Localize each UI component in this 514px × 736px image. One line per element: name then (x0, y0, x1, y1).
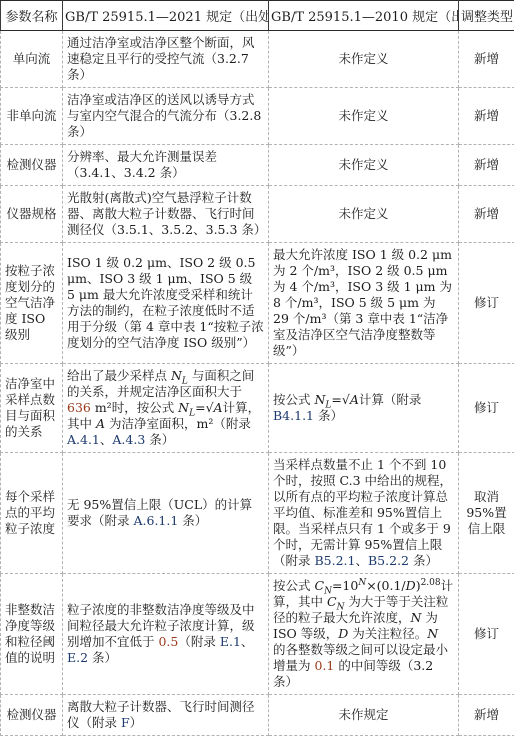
text-segment: 未作定义 (338, 157, 388, 172)
column-header-param: 参数名称 (1, 1, 63, 31)
table-row: 每个采样点的平均粒子浓度无 95%置信上限（UCL）的计算要求（附录 A.6.1… (1, 453, 514, 574)
rule-2010-cell: 未作定义 (269, 186, 459, 243)
text-segment: 条） (145, 432, 174, 447)
table-row: 仪器规格光散射(离散式)空气悬浮粒子计数器、离散大粒子计数器、飞行时间测径仪（3… (1, 186, 514, 243)
text-segment: ） (130, 715, 143, 730)
text-segment: 按公式 (273, 578, 314, 593)
text-segment: 636 (67, 400, 91, 415)
text-segment: N (178, 400, 189, 415)
text-segment: E.2 (67, 650, 88, 665)
rule-2010-cell: 未作规定 (269, 695, 459, 736)
table-row: 按粒子浓度划分的空气洁净度 ISO 级别ISO 1 级 0.2 μm、ISO 2… (1, 243, 514, 364)
adjustment-cell: 取消 95%置信上限 (459, 453, 514, 574)
rule-2010-cell: 未作定义 (269, 31, 459, 88)
text-segment: 、 (241, 634, 254, 649)
table-row: 检测仪器离散大粒子计数器、飞行时间测径仪（附录 F）未作规定新增 (1, 695, 514, 736)
table-row: 单向流通过洁净室或洁净区整个断面，风速稳定且平行的受控气流（3.2.7 条）未作… (1, 31, 514, 88)
text-segment: 分辨率、最大允许测量误差（3.4.1、3.4.2 条） (67, 149, 217, 180)
param-cell: 按粒子浓度划分的空气洁净度 ISO 级别 (1, 243, 63, 364)
param-cell: 非单向流 (1, 88, 63, 145)
text-segment: N (427, 626, 438, 641)
rule-2021-cell: 无 95%置信上限（UCL）的计算要求（附录 A.6.1.1 条） (63, 453, 269, 574)
text-segment: =√ (195, 400, 213, 415)
text-segment: A (350, 392, 359, 407)
rule-2010-cell: 当采样点数量不止 1 个不到 10 个时，按照 C.3 中给出的规程，以所有点的… (269, 453, 459, 574)
text-segment: F (121, 715, 130, 730)
text-segment: 为关注粒径。 (348, 626, 427, 641)
document-page: 参数名称GB/T 25915.1—2021 规定（出处）GB/T 25915.1… (0, 0, 514, 736)
text-segment: 未作定义 (338, 206, 388, 221)
text-segment: A (214, 400, 223, 415)
text-segment: 计算（附录 (359, 392, 422, 407)
comparison-table: 参数名称GB/T 25915.1—2021 规定（出处）GB/T 25915.1… (0, 0, 514, 736)
text-segment: C (327, 594, 337, 609)
text-segment: 通过洁净室或洁净区整个断面，风速稳定且平行的受控气流（3.2.7 条） (67, 35, 255, 82)
text-segment: 光散射(离散式)空气悬浮粒子计数器、离散大粒子计数器、飞行时间测径仪（3.5.1… (67, 190, 266, 237)
header-row: 参数名称GB/T 25915.1—2021 规定（出处）GB/T 25915.1… (1, 1, 514, 31)
text-segment: 当采样点数量不止 1 个不到 10 个时，按照 C.3 中给出的规程，以所有点的… (273, 457, 452, 568)
rule-2021-cell: 洁净室或洁净区的送风以诱导方式与室内空气混合的气流分布（3.2.8 条） (63, 88, 269, 145)
text-segment: ISO 1 级 0.2 μm、ISO 2 级 0.5 μm、ISO 3 级 1 … (67, 255, 264, 350)
text-segment: 0.5 (158, 634, 178, 649)
text-segment: A (96, 416, 105, 431)
param-cell: 洁净室中采样点数目与面积的关系 (1, 364, 63, 453)
rule-2010-cell: 未作定义 (269, 145, 459, 186)
text-segment: 未作定义 (338, 108, 388, 123)
rule-2021-cell: 分辨率、最大允许测量误差（3.4.1、3.4.2 条） (63, 145, 269, 186)
text-segment: =√ (331, 392, 349, 407)
table-row: 检测仪器分辨率、最大允许测量误差（3.4.1、3.4.2 条）未作定义新增 (1, 145, 514, 186)
adjustment-cell: 新增 (459, 88, 514, 145)
text-segment: B5.2.2 (368, 553, 409, 568)
param-cell: 每个采样点的平均粒子浓度 (1, 453, 63, 574)
text-segment: 条） (178, 513, 207, 528)
text-segment: C (314, 578, 324, 593)
text-segment: 条） (409, 553, 438, 568)
text-segment: 最大允许浓度 ISO 1 级 0.2 μm 为 2 个/m³，ISO 2 级 0… (273, 247, 452, 358)
adjustment-cell: 修订 (459, 364, 514, 453)
text-segment: E.1 (220, 634, 241, 649)
text-segment: D (338, 626, 348, 641)
text-segment: 未作定义 (338, 51, 388, 66)
table-header: 参数名称GB/T 25915.1—2021 规定（出处）GB/T 25915.1… (1, 1, 514, 31)
rule-2010-cell: 未作定义 (269, 88, 459, 145)
rule-2021-cell: 给出了最少采样点 NL 与面积之间的关系，并规定洁净区面积大于 636 m²时，… (63, 364, 269, 453)
rule-2021-cell: 通过洁净室或洁净区整个断面，风速稳定且平行的受控气流（3.2.7 条） (63, 31, 269, 88)
text-segment: 条） (314, 408, 343, 423)
text-segment: 0.1 (314, 658, 334, 673)
table-body: 单向流通过洁净室或洁净区整个断面，风速稳定且平行的受控气流（3.2.7 条）未作… (1, 31, 514, 736)
param-cell: 单向流 (1, 31, 63, 88)
text-segment: m²时，按公式 (91, 400, 178, 415)
text-segment: 给出了最少采样点 (67, 368, 171, 383)
text-segment: 、 (355, 553, 368, 568)
rule-2010-cell: 按公式 NL=√A计算（附录 B4.1.1 条） (269, 364, 459, 453)
text-segment: B5.2.1 (314, 553, 355, 568)
adjustment-cell: 新增 (459, 31, 514, 88)
table-row: 非整数洁净度等级和粒径阈值的说明粒子浓度的非整数洁净度等级及中间粒径最大允许粒子… (1, 574, 514, 695)
column-header-rule2010: GB/T 25915.1—2010 规定（出处） (269, 1, 459, 31)
param-cell: 检测仪器 (1, 145, 63, 186)
text-segment: 按公式 (273, 392, 314, 407)
text-segment: A.4.3 (112, 432, 145, 447)
column-header-adjustment: 调整类型 (459, 1, 514, 31)
rule-2021-cell: 光散射(离散式)空气悬浮粒子计数器、离散大粒子计数器、飞行时间测径仪（3.5.1… (63, 186, 269, 243)
table-row: 非单向流洁净室或洁净区的送风以诱导方式与室内空气混合的气流分布（3.2.8 条）… (1, 88, 514, 145)
text-segment: 、 (100, 432, 113, 447)
param-cell: 检测仪器 (1, 695, 63, 736)
adjustment-cell: 修订 (459, 574, 514, 695)
text-segment: N (171, 368, 182, 383)
param-cell: 非整数洁净度等级和粒径阈值的说明 (1, 574, 63, 695)
text-segment: 2.08 (421, 578, 441, 588)
text-segment: 未作规定 (338, 707, 388, 722)
rule-2010-cell: 按公式 CN=10N×(0.1/D)2.08计算，其中 CN 为大于等于关注粒径… (269, 574, 459, 695)
text-segment: N (411, 610, 422, 625)
param-cell: 仪器规格 (1, 186, 63, 243)
text-segment: =10 (332, 578, 358, 593)
text-segment: N (314, 392, 325, 407)
text-segment: B4.1.1 (273, 408, 314, 423)
rule-2021-cell: 离散大粒子计数器、飞行时间测径仪（附录 F） (63, 695, 269, 736)
text-segment: A.6.1.1 (133, 513, 178, 528)
text-segment: （附录 (178, 634, 219, 649)
adjustment-cell: 新增 (459, 695, 514, 736)
text-segment: 条） (88, 650, 117, 665)
rule-2021-cell: ISO 1 级 0.2 μm、ISO 2 级 0.5 μm、ISO 3 级 1 … (63, 243, 269, 364)
adjustment-cell: 新增 (459, 186, 514, 243)
text-segment: 离散大粒子计数器、飞行时间测径仪（附录 (67, 699, 255, 730)
text-segment: 洁净室或洁净区的送风以诱导方式与室内空气混合的气流分布（3.2.8 条） (67, 92, 261, 139)
text-segment: A.4.1 (67, 432, 100, 447)
adjustment-cell: 新增 (459, 145, 514, 186)
rule-2010-cell: 最大允许浓度 ISO 1 级 0.2 μm 为 2 个/m³，ISO 2 级 0… (269, 243, 459, 364)
table-row: 洁净室中采样点数目与面积的关系给出了最少采样点 NL 与面积之间的关系，并规定洁… (1, 364, 514, 453)
text-segment: 为洁净室面积，m²（附录 (105, 416, 251, 431)
column-header-rule2021: GB/T 25915.1—2021 规定（出处） (63, 1, 269, 31)
text-segment: D (406, 578, 416, 593)
rule-2021-cell: 粒子浓度的非整数洁净度等级及中间粒径最大允许粒子浓度计算，级别增加不宜低于 0.… (63, 574, 269, 695)
adjustment-cell: 修订 (459, 243, 514, 364)
text-segment: ×(0.1/ (366, 578, 405, 593)
